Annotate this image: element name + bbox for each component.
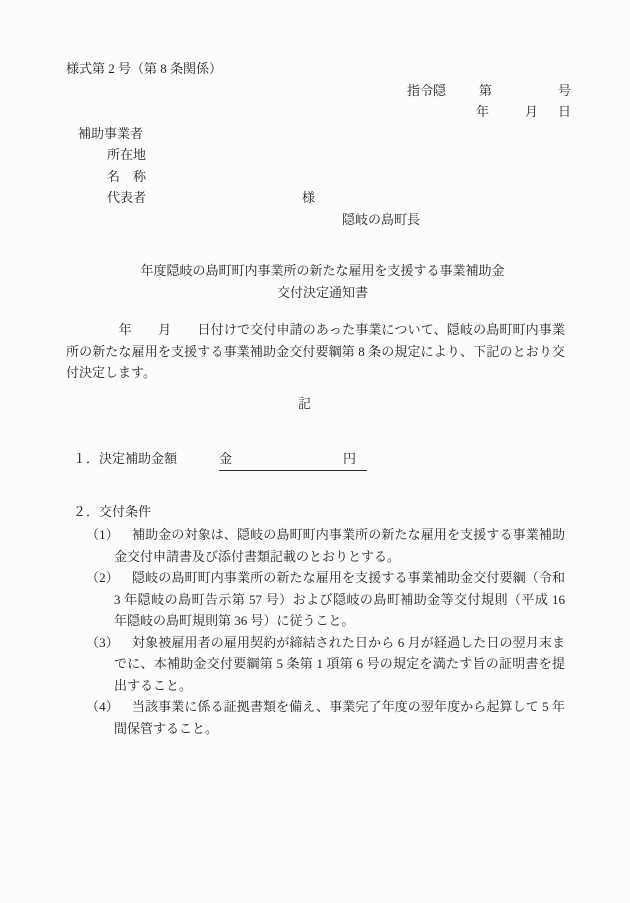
recipient-address-label: 所在地 <box>107 144 565 166</box>
spacer <box>446 94 479 95</box>
representative-name-blank <box>146 201 302 202</box>
directive-number-line: 指令隠第号 <box>66 80 571 102</box>
date-day-label: 日 <box>558 101 571 123</box>
record-mark: 記 <box>66 393 543 415</box>
directive-agency: 指令隠 <box>407 80 446 102</box>
recipient-role: 補助事業者 <box>78 123 565 145</box>
condition-text: 隠岐の島町町内事業所の新たな雇用を支援する事業補助金交付要綱（令和 3 年隠岐の… <box>114 570 565 628</box>
decided-amount-label: １．決定補助金額 <box>73 448 177 470</box>
condition-number: （2） <box>86 570 119 585</box>
sender-title: 隠岐の島町長 <box>342 209 565 231</box>
recipient-representative-line: 代表者様 <box>107 187 565 209</box>
recipient-representative-label: 代表者 <box>107 187 146 209</box>
condition-text: 補助金の対象は、隠岐の島町町内事業所の新たな雇用を支援する事業補助金交付申請書及… <box>114 527 565 564</box>
amount-underlined-field: 金円 <box>219 448 367 471</box>
form-number: 様式第 2 号（第 8 条関係） <box>66 58 565 80</box>
document-title-line2: 交付決定通知書 <box>80 282 565 304</box>
conditions-list: （1）補助金の対象は、隠岐の島町町内事業所の新たな雇用を支援する事業補助金交付申… <box>86 524 565 739</box>
conditions-heading: ２．交付条件 <box>73 501 565 523</box>
recipient-honorific: 様 <box>302 187 315 209</box>
condition-item-4: （4）当該事業に係る証拠書類を備え、事業完了年度の翌年度から起算して 5 年間保… <box>86 696 565 739</box>
directive-number-suffix: 号 <box>558 80 571 102</box>
currency-prefix: 金 <box>219 448 232 470</box>
amount-value-blank <box>232 462 343 463</box>
date-day-blank <box>538 115 558 116</box>
condition-item-3: （3）対象被雇用者の雇用契約が締結された日から 6 月が経過した日の翌月末までに… <box>86 632 565 697</box>
date-month-label: 月 <box>525 101 538 123</box>
directive-number-blank <box>492 94 558 95</box>
directive-number-prefix: 第 <box>479 80 492 102</box>
document-title-line1: 年度隠岐の島町町内事業所の新たな雇用を支援する事業補助金 <box>80 260 565 282</box>
body-paragraph: 年 月 日付けで交付申請のあった事業について、隠岐の島町町内事業所の新たな雇用を… <box>66 319 565 384</box>
spacer <box>356 462 367 463</box>
date-year-label: 年 <box>476 101 489 123</box>
condition-number: （3） <box>86 635 119 650</box>
condition-text: 当該事業に係る証拠書類を備え、事業完了年度の翌年度から起算して 5 年間保管する… <box>114 699 565 736</box>
condition-item-2: （2）隠岐の島町町内事業所の新たな雇用を支援する事業補助金交付要綱（令和 3 年… <box>86 567 565 632</box>
date-month-blank <box>489 115 525 116</box>
recipient-name-label: 名 称 <box>107 166 565 188</box>
condition-number: （4） <box>86 699 119 714</box>
condition-item-1: （1）補助金の対象は、隠岐の島町町内事業所の新たな雇用を支援する事業補助金交付申… <box>86 524 565 567</box>
condition-number: （1） <box>86 527 119 542</box>
date-line: 年月日 <box>66 101 571 123</box>
currency-suffix: 円 <box>343 448 356 470</box>
decided-amount-line: １．決定補助金額 金円 <box>73 448 565 471</box>
document-title: 年度隠岐の島町町内事業所の新たな雇用を支援する事業補助金 交付決定通知書 <box>80 260 565 303</box>
condition-text: 対象被雇用者の雇用契約が締結された日から 6 月が経過した日の翌月末までに、本補… <box>114 635 565 693</box>
document-page: 様式第 2 号（第 8 条関係） 指令隠第号 年月日 補助事業者 所在地 名 称… <box>0 0 630 903</box>
